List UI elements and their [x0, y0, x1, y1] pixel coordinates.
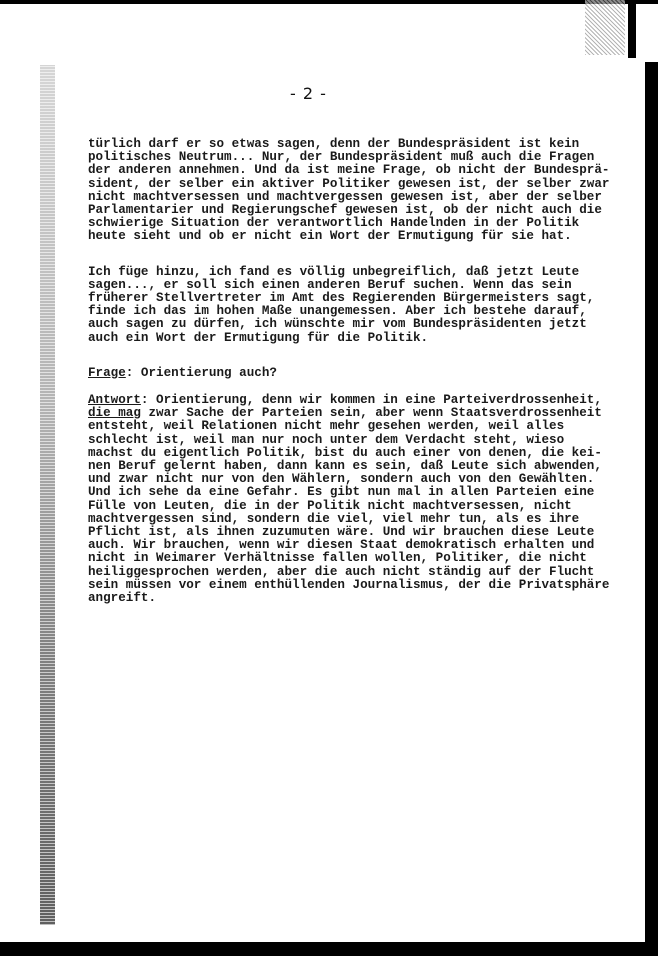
text-line: schlecht ist, weil man nur noch unter de… — [88, 434, 648, 447]
text-line: heute sieht und ob er nicht ein Wort der… — [88, 230, 648, 243]
text-line: Und ich sehe da eine Gefahr. Es gibt nun… — [88, 486, 648, 499]
answer-first-line: : Orientierung, denn wir kommen in eine … — [141, 393, 602, 407]
scan-bottom-border — [0, 942, 658, 956]
question-text: : Orientierung auch? — [126, 366, 277, 380]
page-number: - 2 - — [290, 84, 327, 103]
text-line: Fülle von Leuten, die in der Politik nic… — [88, 500, 648, 513]
question-label: Frage — [88, 366, 126, 380]
text-line: sein müssen vor einem enthüllenden Journ… — [88, 579, 648, 592]
text-line: nicht in Weimarer Verhältnisse fallen wo… — [88, 552, 648, 565]
scan-binding-shadow — [40, 65, 55, 925]
text-line: entsteht, weil Relationen nicht mehr ges… — [88, 420, 648, 433]
paragraph-1: türlich darf er so etwas sagen, denn der… — [88, 138, 648, 244]
answer-label: Antwort — [88, 393, 141, 407]
text-line: der anderen annehmen. Und da ist meine F… — [88, 164, 648, 177]
document-body: türlich darf er so etwas sagen, denn der… — [88, 138, 648, 627]
text-line: heiliggesprochen werden, aber die auch n… — [88, 566, 648, 579]
text-line: Ich füge hinzu, ich fand es völlig unbeg… — [88, 266, 648, 279]
answer-second-line: zwar Sache der Parteien sein, aber wenn … — [141, 406, 602, 420]
scan-right-mark — [628, 0, 636, 58]
scan-smudge — [585, 0, 625, 55]
question-line: Frage: Orientierung auch? — [88, 367, 648, 380]
scan-top-border — [0, 0, 658, 4]
text-line: auch ein Wort der Ermutigung für die Pol… — [88, 332, 648, 345]
text-line: angreift. — [88, 592, 648, 605]
paragraph-2: Ich füge hinzu, ich fand es völlig unbeg… — [88, 266, 648, 345]
answer-underlined-start: die mag — [88, 406, 141, 420]
answer-paragraph: Antwort: Orientierung, denn wir kommen i… — [88, 394, 648, 605]
text-line: sident, der selber ein aktiver Politiker… — [88, 178, 648, 191]
text-line: auch sagen zu dürfen, ich wünschte mir v… — [88, 318, 648, 331]
